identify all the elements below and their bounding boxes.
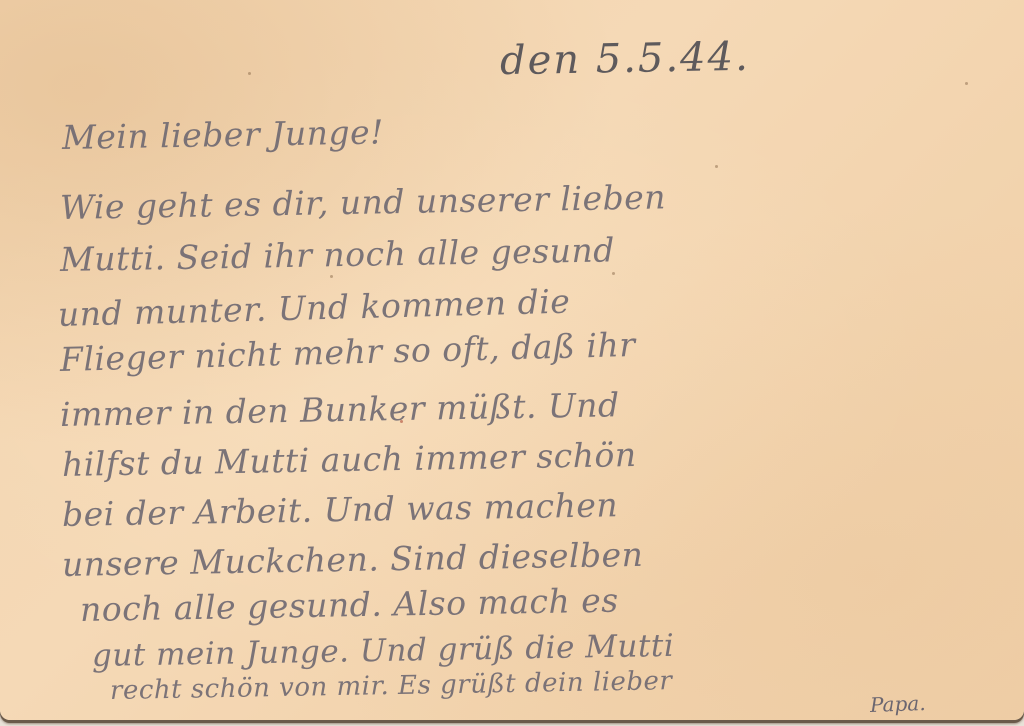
letter-line: immer in den Bunker müßt. Und (60, 385, 620, 434)
letter-signature: Papa. (870, 691, 926, 717)
paper-speck (248, 72, 251, 75)
letter-line: Flieger nicht mehr so oft, daß ihr (59, 325, 635, 379)
letter-line: Mutti. Seid ihr noch alle gesund (60, 230, 615, 279)
letter-line: hilfst du Mutti auch immer schön (62, 435, 637, 484)
letter-line: bei der Arbeit. Und was machen (62, 485, 619, 534)
letter-line: unsere Muckchen. Sind dieselben (62, 535, 644, 584)
letter-line: noch alle gesund. Also mach es (80, 581, 619, 629)
letter-date: den 5.5.44. (500, 34, 750, 84)
letter-salutation: Mein lieber Junge! (62, 112, 384, 157)
paper-speck (965, 82, 968, 85)
paper-speck (330, 275, 333, 278)
postcard: den 5.5.44. Mein lieber Junge! Wie geht … (0, 0, 1024, 720)
letter-line: Wie geht es dir, und unserer lieben (60, 177, 667, 227)
paper-speck (715, 165, 718, 168)
letter-line: und munter. Und kommen die (57, 282, 570, 334)
paper-speck (612, 272, 615, 275)
